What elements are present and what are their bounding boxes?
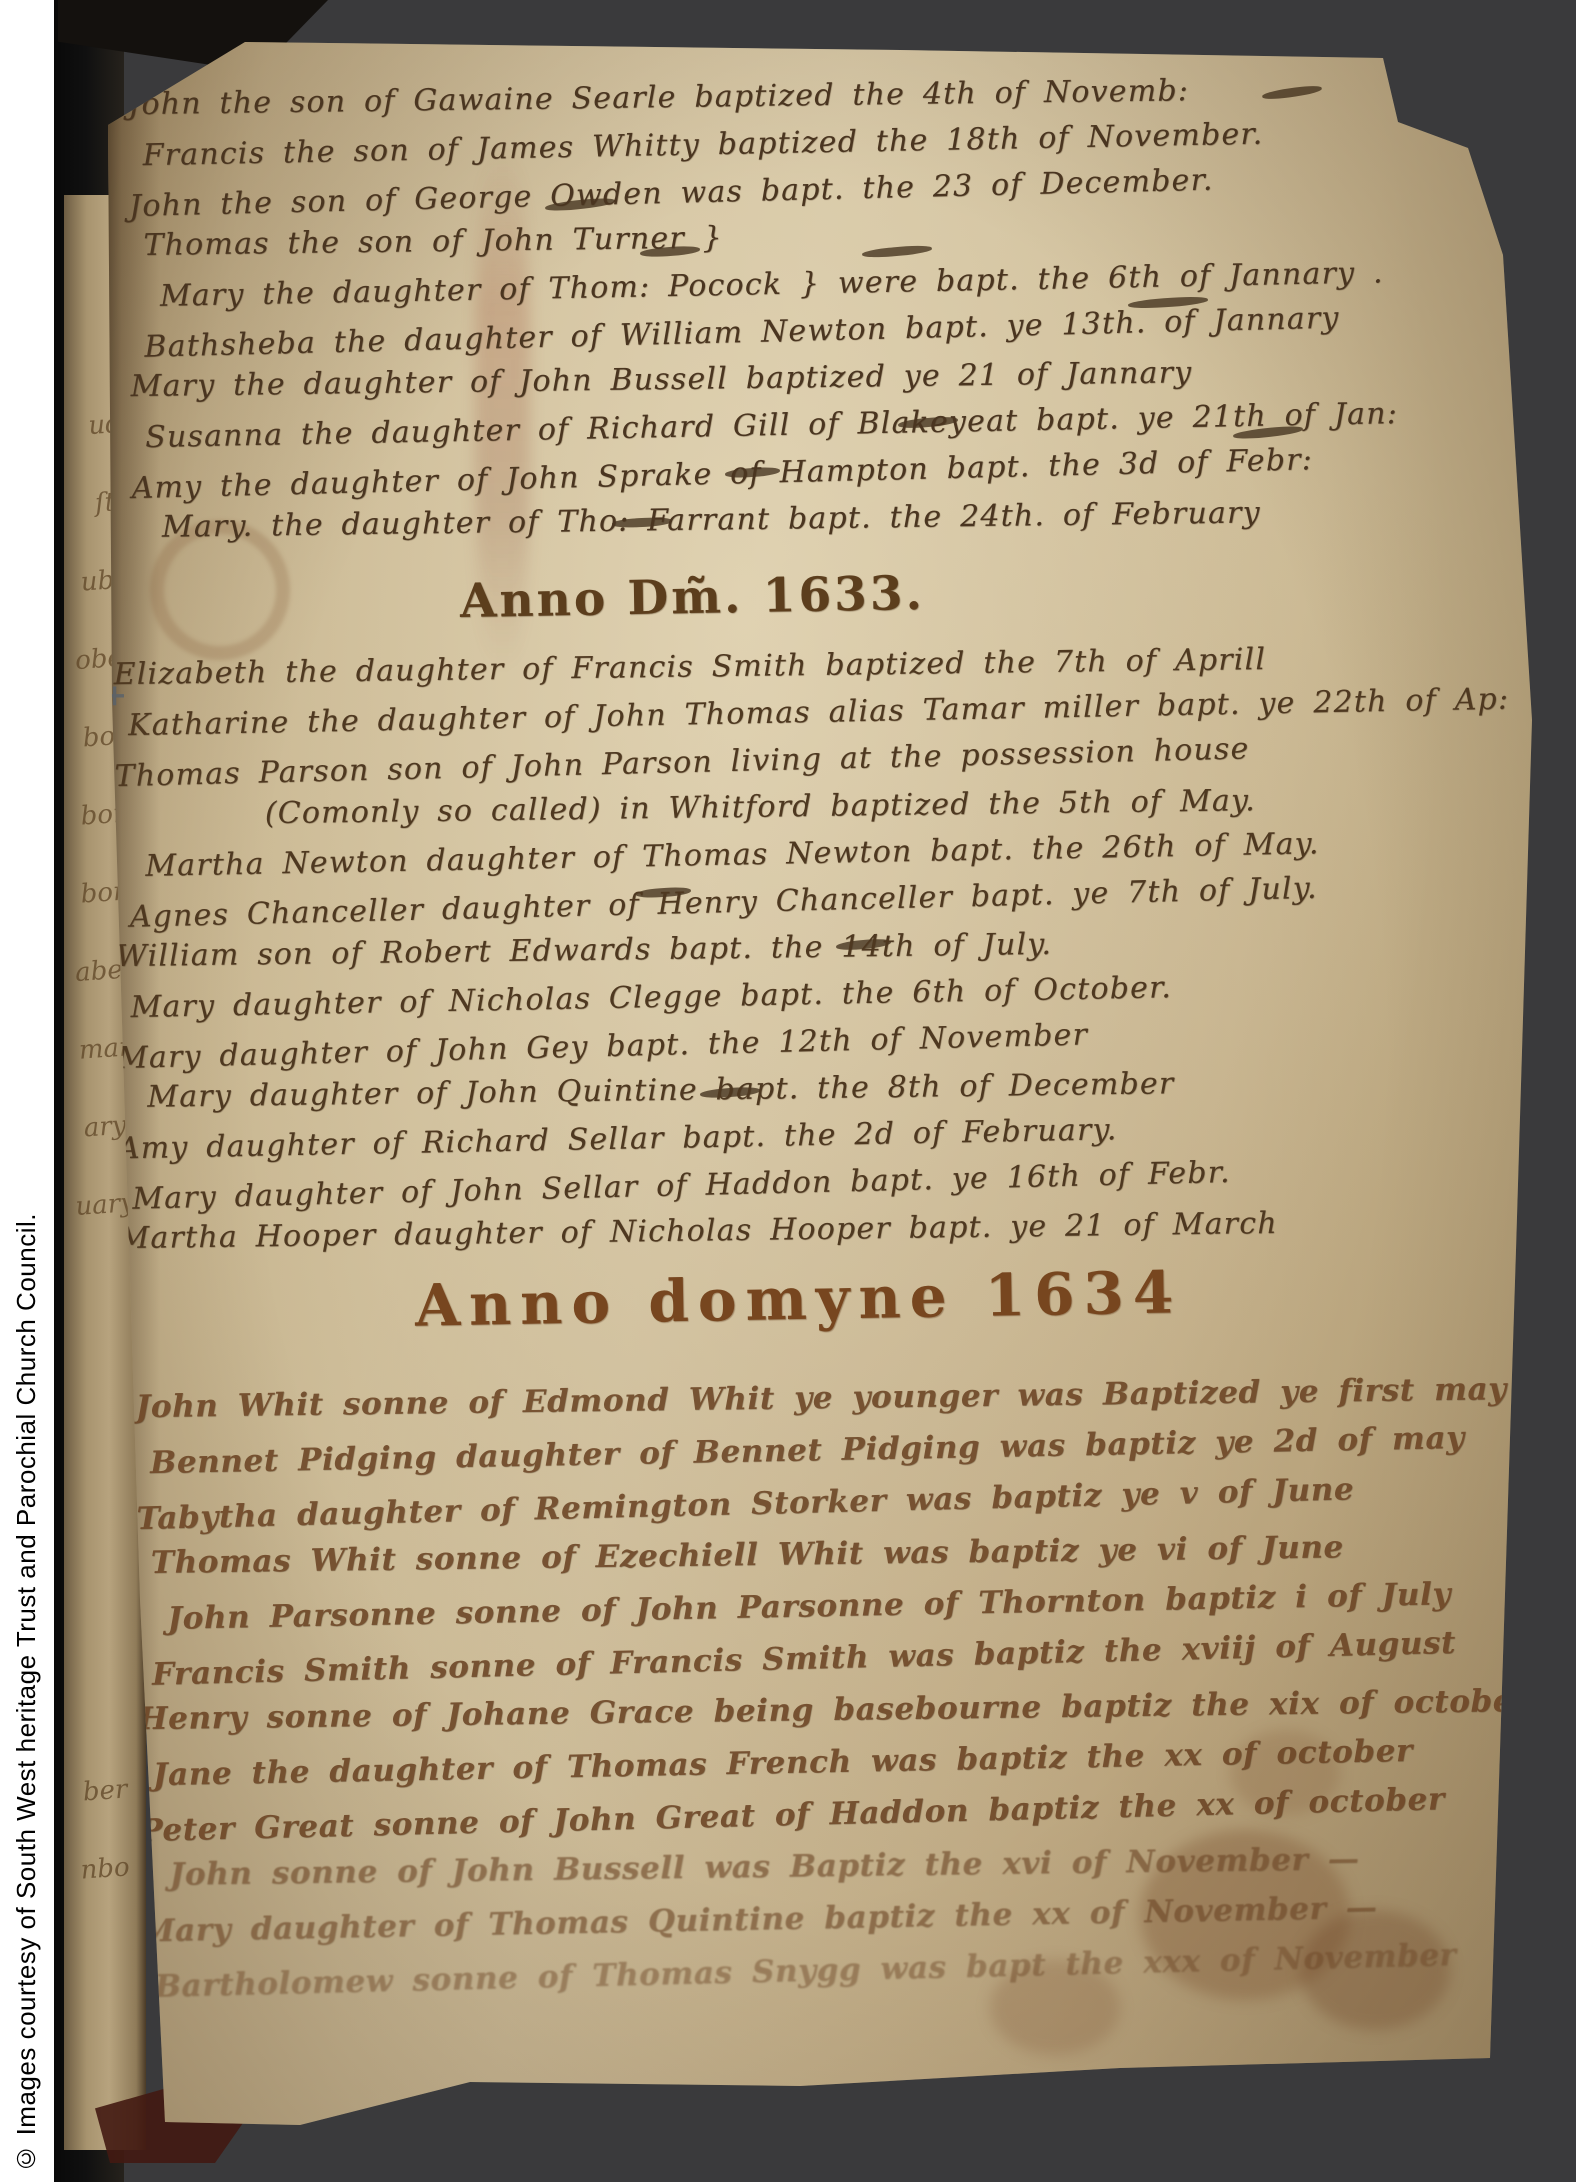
manuscript-page: John the son of Gawaine Searle baptized … xyxy=(90,30,1546,2140)
scanned-parish-register-photo: { "copyright_notice": "© Images courtesy… xyxy=(0,0,1576,2182)
records-1632: John the son of Gawaine Searle baptized … xyxy=(128,66,1532,548)
records-1633: Elizabeth the daughter of Francis Smith … xyxy=(113,636,1518,1259)
heading-anno-1634: Anno domyne 1634 xyxy=(414,1258,1182,1339)
records-1634: John Whit sonne of Edmond Whit ye younge… xyxy=(135,1366,1540,2002)
previous-page-text-fragment: nbo xyxy=(64,1851,146,1883)
copyright-text: © Images courtesy of South West heritage… xyxy=(11,1213,42,2174)
copyright-strip: © Images courtesy of South West heritage… xyxy=(0,0,54,2182)
previous-page-text-fragment: ber xyxy=(64,1773,146,1805)
heading-anno-1633: Anno Dm̃. 1633. xyxy=(460,566,926,629)
